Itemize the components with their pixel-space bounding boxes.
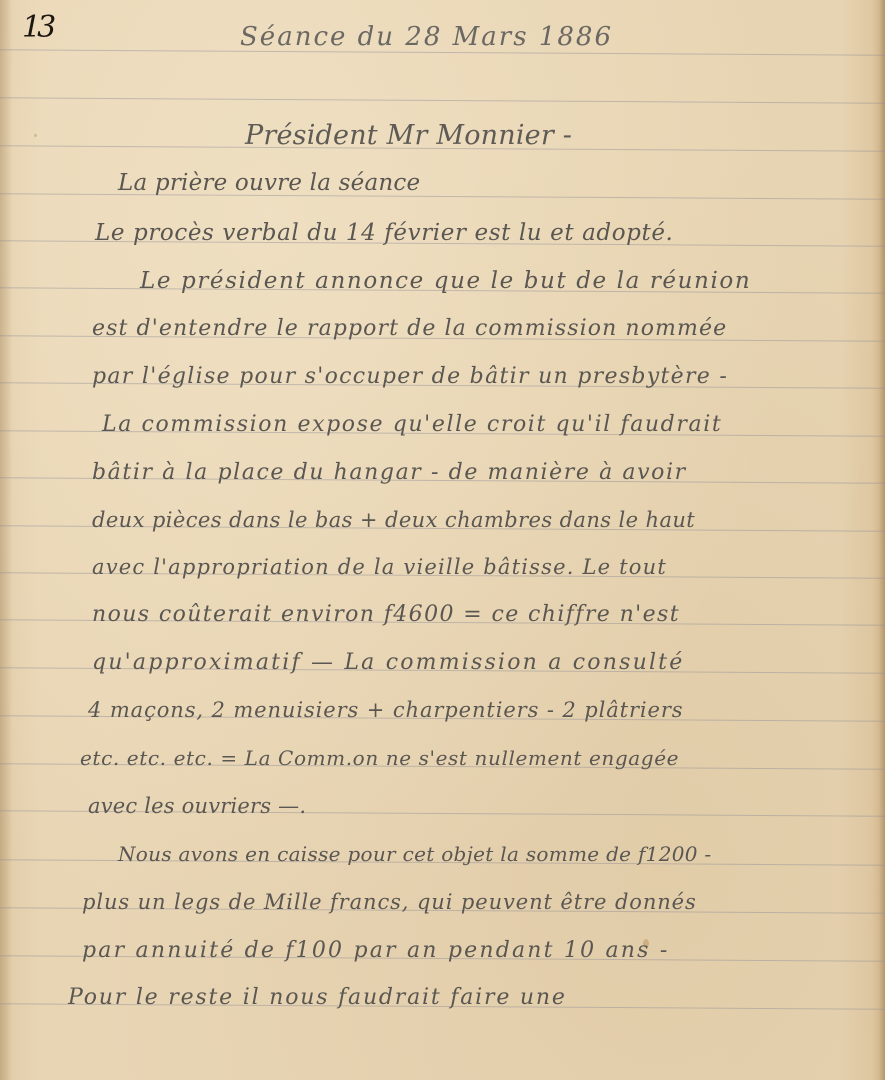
- minutes-line: plus un legs de Mille francs, qui peuven…: [82, 890, 697, 914]
- minutes-line: La prière ouvre la séance: [118, 170, 420, 196]
- session-title: Séance du 28 Mars 1886: [240, 22, 613, 52]
- minutes-line: Nous avons en caisse pour cet objet la s…: [118, 842, 712, 866]
- page-number: 13: [22, 10, 52, 45]
- minutes-line: La commission expose qu'elle croit qu'il…: [102, 412, 722, 437]
- minutes-line: nous coûterait environ f4600 = ce chiffr…: [92, 602, 680, 627]
- minutes-line: etc. etc. etc. = La Comm.on ne s'est nul…: [80, 746, 679, 770]
- manuscript-page: 13 Séance du 28 Mars 1886 Président Mr M…: [0, 0, 885, 1080]
- minutes-line: bâtir à la place du hangar - de manière …: [92, 460, 687, 485]
- minutes-line: 4 maçons, 2 menuisiers + charpentiers - …: [88, 698, 684, 722]
- minutes-line: qu'approximatif — La commission a consul…: [92, 650, 684, 675]
- minutes-line: Pour le reste il nous faudrait faire une: [68, 985, 567, 1010]
- minutes-line: par annuité de f100 par an pendant 10 an…: [82, 938, 670, 963]
- minutes-line: Le président annonce que le but de la ré…: [140, 268, 751, 294]
- minutes-line: par l'église pour s'occuper de bâtir un …: [92, 364, 728, 389]
- minutes-line: avec les ouvriers —.: [88, 794, 306, 818]
- minutes-line: Le procès verbal du 14 février est lu et…: [95, 220, 673, 246]
- president-line: Président Mr Monnier -: [245, 120, 572, 151]
- minutes-line: avec l'appropriation de la vieille bâtis…: [92, 555, 667, 579]
- minutes-line: est d'entendre le rapport de la commissi…: [92, 316, 727, 341]
- minutes-line: deux pièces dans le bas + deux chambres …: [92, 508, 695, 532]
- page-content: 13 Séance du 28 Mars 1886 Président Mr M…: [0, 0, 885, 1080]
